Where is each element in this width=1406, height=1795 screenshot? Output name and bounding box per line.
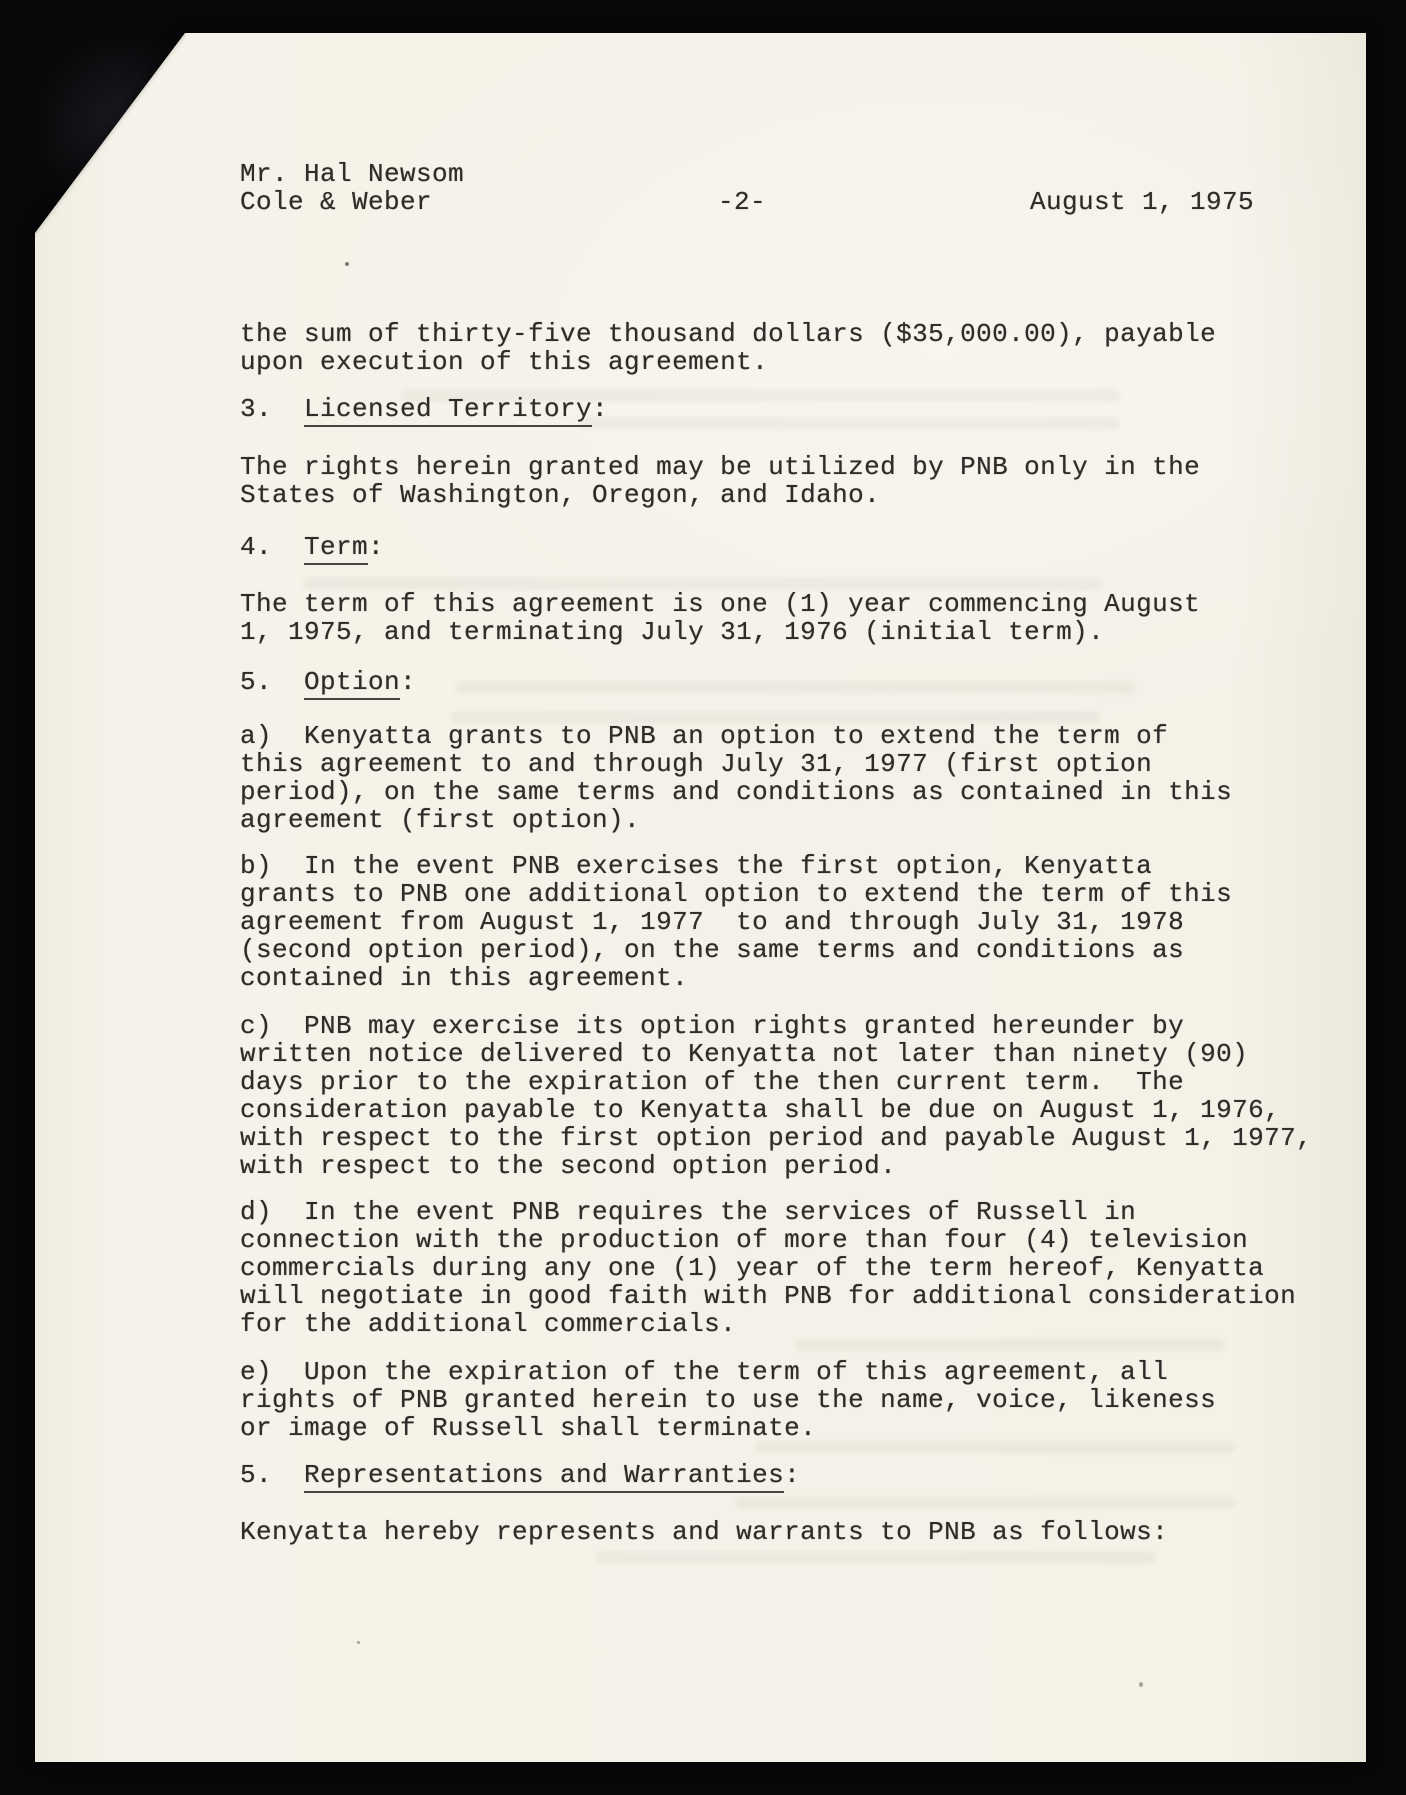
text-line: will negotiate in good faith with PNB fo… (240, 1282, 1296, 1310)
paragraph-option-b: b) In the event PNB exercises the first … (240, 852, 1232, 992)
text-line: or image of Russell shall terminate. (240, 1414, 1216, 1442)
text-line: the sum of thirty-five thousand dollars … (240, 320, 1216, 348)
paragraph-intro: the sum of thirty-five thousand dollars … (240, 320, 1216, 376)
text-line: with respect to the second option period… (240, 1152, 1312, 1180)
section-heading-representations: 5.Representations and Warranties: (240, 1461, 800, 1489)
text-line: commercials during any one (1) year of t… (240, 1254, 1296, 1282)
text-line: (second option period), on the same term… (240, 936, 1232, 964)
text-line: grants to PNB one additional option to e… (240, 880, 1232, 908)
section-colon: : (784, 1460, 800, 1490)
text-line: Kenyatta hereby represents and warrants … (240, 1518, 1168, 1546)
text-line: e) Upon the expiration of the term of th… (240, 1358, 1216, 1386)
paragraph-option-d: d) In the event PNB requires the service… (240, 1198, 1296, 1338)
text-line: upon execution of this agreement. (240, 348, 1216, 376)
section-colon: : (368, 532, 384, 562)
paper-sheet: Mr. Hal Newsom Cole & Weber -2- August 1… (35, 33, 1366, 1762)
bleed-through-smudge (795, 1338, 1225, 1351)
section-number: 4. (240, 533, 304, 561)
text-line: b) In the event PNB exercises the first … (240, 852, 1232, 880)
paper-sheet-wrapper: Mr. Hal Newsom Cole & Weber -2- August 1… (35, 33, 1366, 1762)
section-heading-term: 4.Term: (240, 533, 384, 561)
bleed-through-smudge (595, 1551, 1155, 1564)
text-line: States of Washington, Oregon, and Idaho. (240, 481, 1200, 509)
section-number: 5. (240, 1461, 304, 1489)
text-line: agreement from August 1, 1977 to and thr… (240, 908, 1232, 936)
text-line: this agreement to and through July 31, 1… (240, 750, 1232, 778)
text-line: a) Kenyatta grants to PNB an option to e… (240, 722, 1232, 750)
text-line: c) PNB may exercise its option rights gr… (240, 1012, 1312, 1040)
paragraph-representations: Kenyatta hereby represents and warrants … (240, 1518, 1168, 1546)
bleed-through-smudge (735, 1496, 1235, 1509)
paragraph-option-a: a) Kenyatta grants to PNB an option to e… (240, 722, 1232, 834)
section-heading-option: 5.Option: (240, 668, 416, 696)
section-heading-licensed-territory: 3.Licensed Territory: (240, 395, 608, 423)
text-line: written notice delivered to Kenyatta not… (240, 1040, 1312, 1068)
section-title: Term (304, 532, 368, 565)
section-colon: : (592, 394, 608, 424)
text-line: 1, 1975, and terminating July 31, 1976 (… (240, 618, 1200, 646)
clipped-corner-crease (33, 31, 187, 235)
section-title: Licensed Territory (304, 394, 592, 427)
section-title: Option (304, 667, 400, 700)
text-line: with respect to the first option period … (240, 1124, 1312, 1152)
scanned-document-screenshot: { "colors": { "paper": "#f4f1e7", "ink":… (0, 0, 1406, 1795)
text-line: contained in this agreement. (240, 964, 1232, 992)
bleed-through-smudge (580, 417, 1120, 430)
paragraph-term: The term of this agreement is one (1) ye… (240, 590, 1200, 646)
paper-speck (1139, 1682, 1143, 1687)
text-line: d) In the event PNB requires the service… (240, 1198, 1296, 1226)
paper-speck (345, 262, 349, 266)
bleed-through-smudge (455, 681, 1135, 694)
section-colon: : (400, 667, 416, 697)
text-line: days prior to the expiration of the then… (240, 1068, 1312, 1096)
letter-date: August 1, 1975 (1030, 188, 1254, 216)
bleed-through-smudge (755, 1441, 1235, 1454)
section-number: 5. (240, 668, 304, 696)
text-line: period), on the same terms and condition… (240, 778, 1232, 806)
page-number: -2- (718, 188, 766, 216)
text-line: connection with the production of more t… (240, 1226, 1296, 1254)
text-line: The term of this agreement is one (1) ye… (240, 590, 1200, 618)
paragraph-option-c: c) PNB may exercise its option rights gr… (240, 1012, 1312, 1180)
paragraph-option-e: e) Upon the expiration of the term of th… (240, 1358, 1216, 1442)
recipient-name: Mr. Hal Newsom (240, 160, 464, 188)
paragraph-licensed-territory: The rights herein granted may be utilize… (240, 453, 1200, 509)
text-line: consideration payable to Kenyatta shall … (240, 1096, 1312, 1124)
text-line: rights of PNB granted herein to use the … (240, 1386, 1216, 1414)
text-line: The rights herein granted may be utilize… (240, 453, 1200, 481)
text-line: for the additional commercials. (240, 1310, 1296, 1338)
paper-speck (357, 1641, 360, 1644)
section-title: Representations and Warranties (304, 1460, 784, 1493)
section-number: 3. (240, 395, 304, 423)
text-line: agreement (first option). (240, 806, 1232, 834)
recipient-company: Cole & Weber (240, 188, 432, 216)
